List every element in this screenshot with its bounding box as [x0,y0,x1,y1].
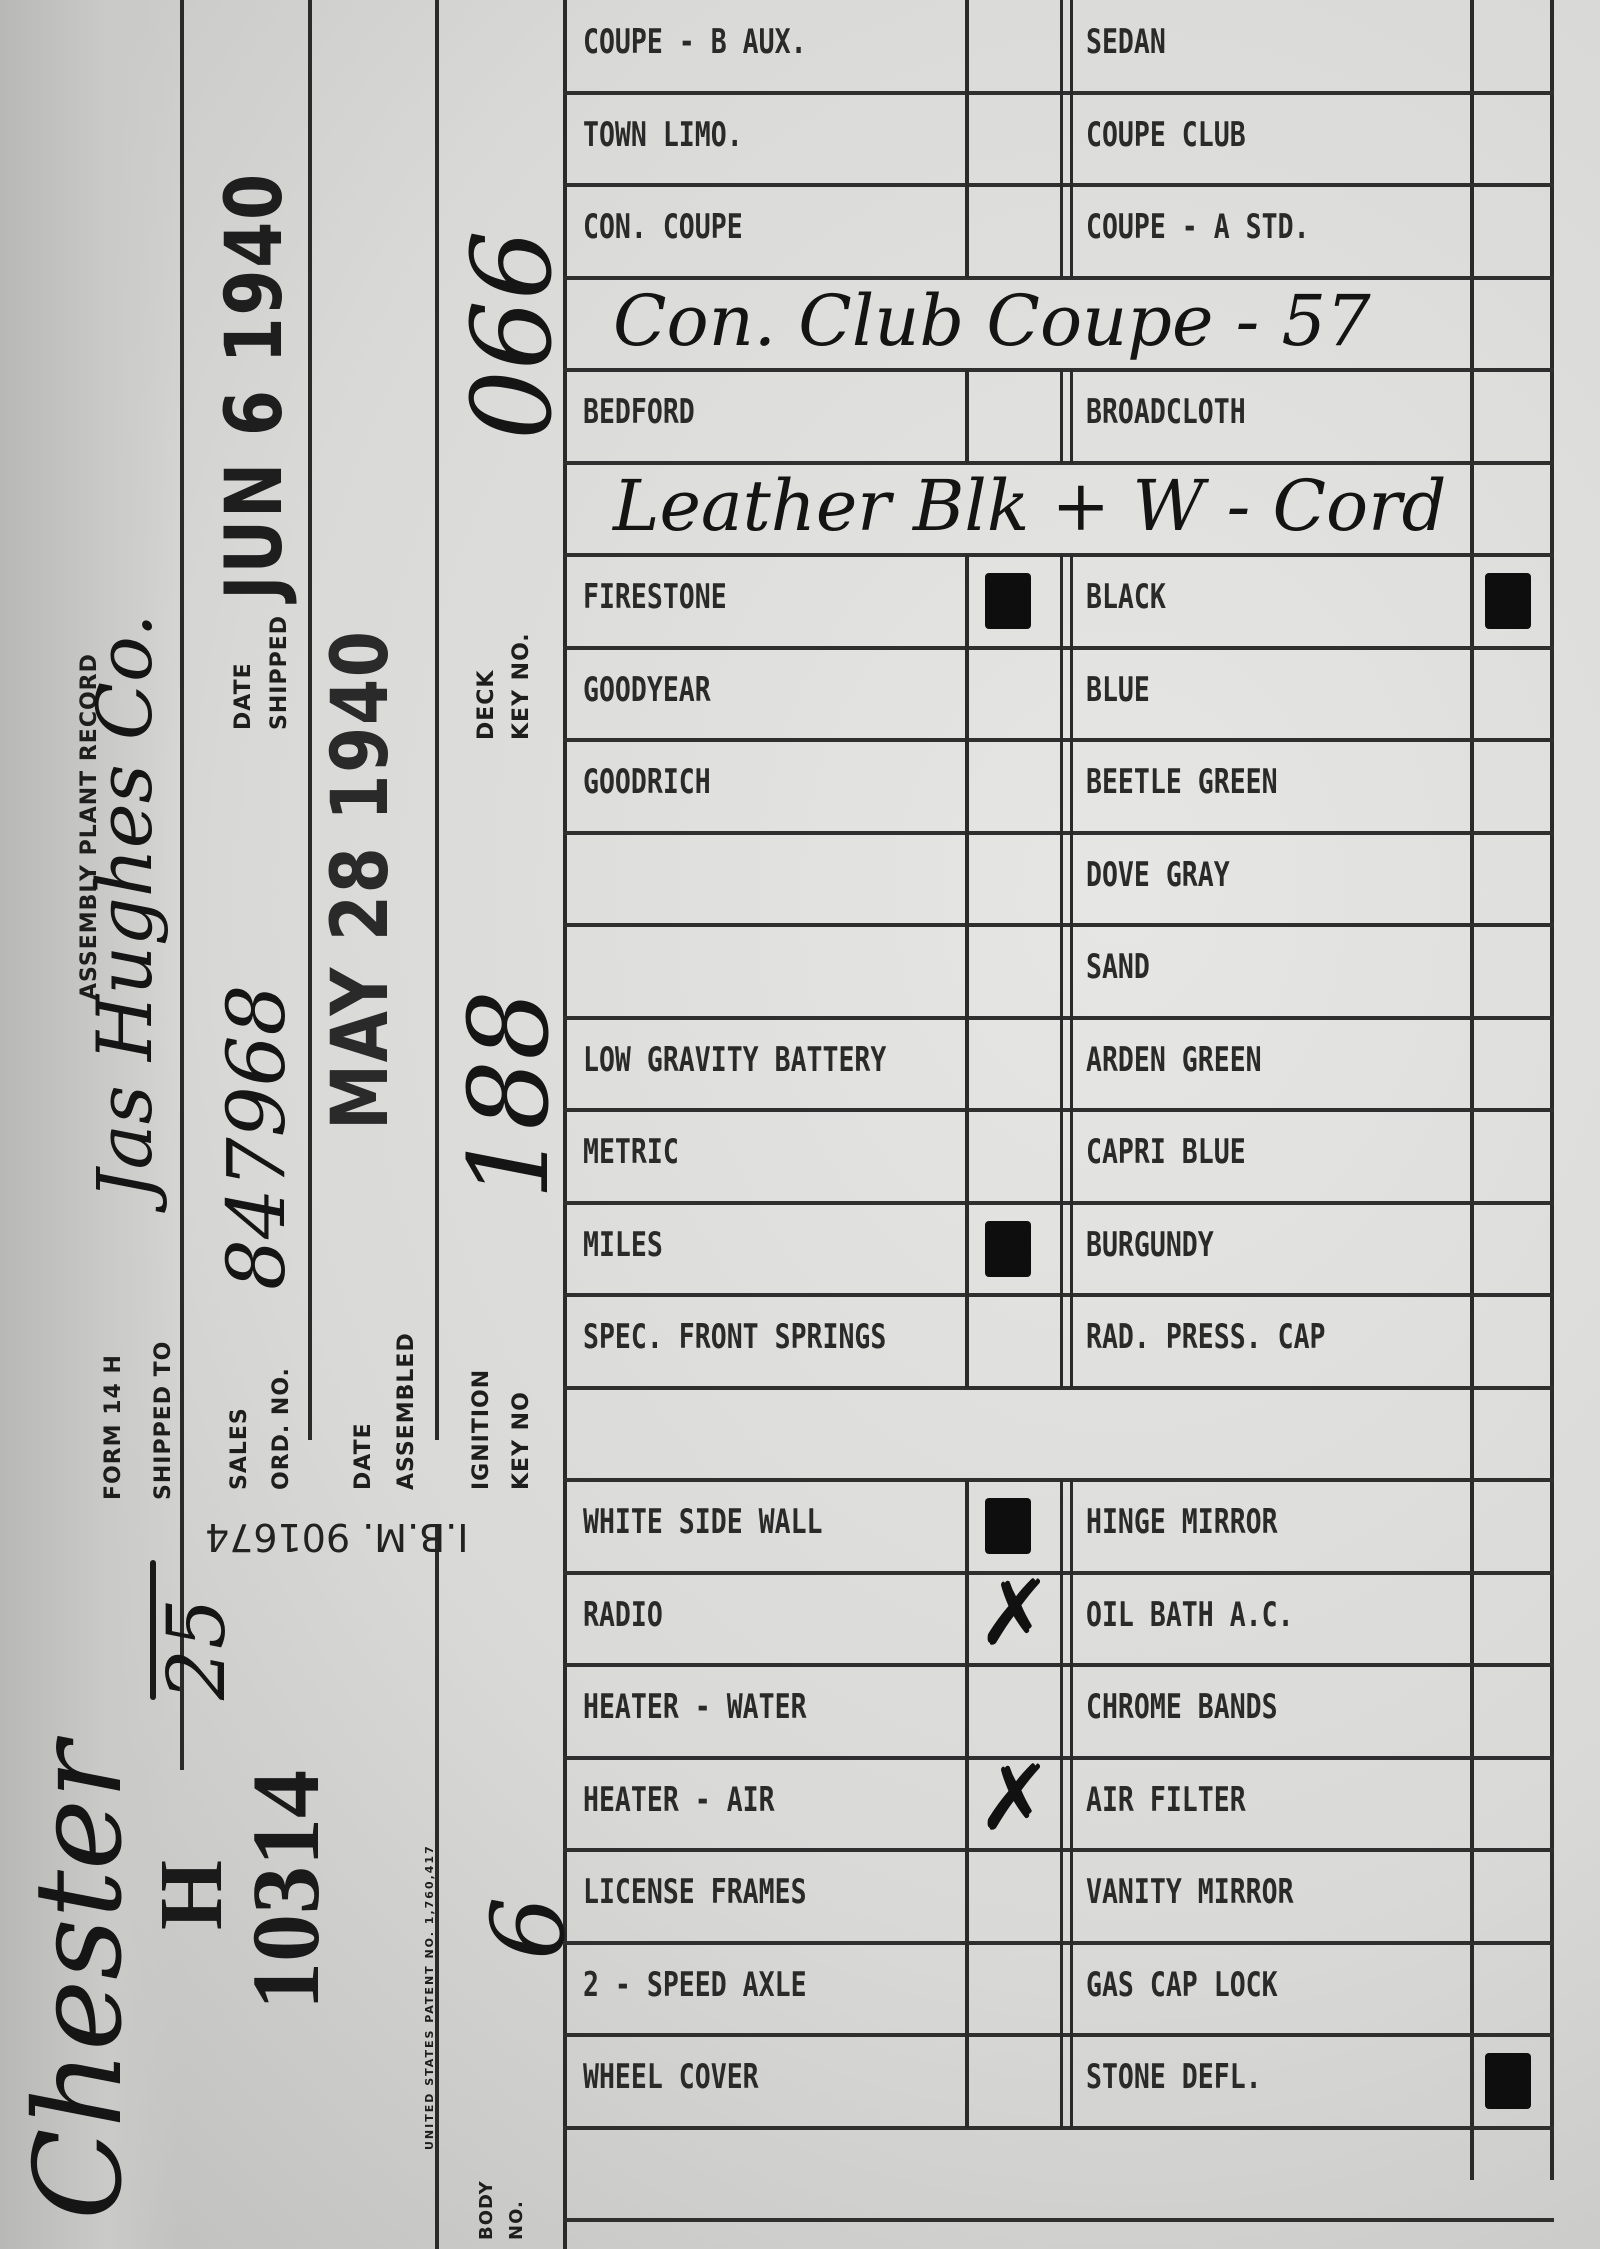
row-divider [563,183,1554,187]
form-number-label: FORM 14 H [102,1354,126,1500]
column-divider-left-mark [965,648,969,741]
column-divider-left-mark [965,2035,969,2128]
column-divider-double-b [1070,1480,1073,1573]
column-divider-double-a [1060,1850,1063,1943]
column-divider-left-mark [965,185,969,278]
row-divider [563,553,1554,557]
option-label-left: WHEEL COVER [583,2057,759,2097]
column-divider-double-a [1060,1758,1063,1851]
option-label-left: HEATER - WATER [583,1687,807,1727]
column-divider-double-b [1070,0,1073,93]
column-divider-double-a [1060,0,1063,93]
column-divider-double-b [1070,740,1073,833]
option-label-right: ARDEN GREEN [1086,1040,1262,1080]
column-divider-double-a [1060,1943,1063,2036]
option-label-right: CHROME BANDS [1086,1687,1278,1727]
column-divider-left-mark [965,1018,969,1111]
option-label-right: SEDAN [1086,22,1166,62]
x-mark-left: ✗ [977,1569,1052,1659]
row-divider [563,1571,1554,1575]
column-divider-left-mark [965,1758,969,1851]
date-assembled-value: MAY 28 1940 [316,629,406,1130]
sales-ord-no-value: 847968 [210,985,303,1290]
column-divider-left-mark [965,740,969,833]
column-divider-left-mark [965,93,969,186]
column-divider-double-a [1060,833,1063,926]
option-label-right: BLUE [1086,670,1150,710]
row-divider [563,91,1554,95]
column-divider-double-a [1060,555,1063,648]
column-divider-left-mark [965,833,969,926]
filled-checkbox-left [985,573,1031,629]
divider-shipped-to [180,0,184,1770]
column-divider-double-a [1060,925,1063,1018]
row-divider [563,2218,1554,2222]
column-divider-double-b [1070,833,1073,926]
row-divider [563,1108,1554,1112]
column-divider-double-a [1060,648,1063,741]
row-divider [563,1663,1554,1667]
option-label-left: RADIO [583,1595,663,1635]
option-label-left: SPEC. FRONT SPRINGS [583,1317,886,1357]
column-divider-double-a [1060,370,1063,463]
date-assembled-label-2: ASSEMBLED [395,1332,419,1490]
assembly-plant-record-card: ASSEMBLY PLANT RECORD FORM 14 H SHIPPED … [0,0,1600,2249]
option-label-right: CAPRI BLUE [1086,1132,1246,1172]
signature: Chester [10,1742,149,2220]
body-no-label-2: NO. [505,2200,529,2240]
deck-key-label-1: DECK [475,670,499,740]
date-assembled-label-1: DATE [352,1422,376,1490]
option-label-left: HEATER - AIR [583,1780,775,1820]
deck-key-label-2: KEY NO. [510,632,534,740]
divider-date-assembled [435,0,439,1440]
option-label-right: VANITY MIRROR [1086,1872,1294,1912]
column-divider-left-mark [965,370,969,463]
column-divider-double-b [1070,93,1073,186]
ignition-label-1: IGNITION [470,1369,494,1490]
serial-prefix: H [140,1860,243,1930]
row-divider [563,1848,1554,1852]
ibm-number: I.B.M. 901674 [205,1515,468,1559]
option-label-left: BEDFORD [583,392,695,432]
column-divider-left-mark [965,1665,969,1758]
column-divider-double-b [1070,1943,1073,2036]
column-divider-double-a [1060,185,1063,278]
filled-checkbox-left [985,1498,1031,1554]
table-right-border [1550,0,1554,2180]
option-label-left: GOODYEAR [583,670,711,710]
filled-checkbox-right [1485,2053,1531,2109]
option-label-right: BLACK [1086,577,1166,617]
shipped-to-value: Jas Hughes Co. [80,613,169,1200]
option-label-left: TOWN LIMO. [583,115,743,155]
column-divider-double-a [1060,93,1063,186]
option-label-left: MILES [583,1225,663,1265]
option-label-left: 2 - SPEED AXLE [583,1965,807,2005]
option-label-right: AIR FILTER [1086,1780,1246,1820]
option-label-left: METRIC [583,1132,679,1172]
ignition-key-value: 188 [445,990,573,1200]
body-no-value: 6 [470,1896,587,1960]
option-label-left: GOODRICH [583,762,711,802]
handwritten-entry: Leather Blk + W - Cord [613,465,1446,547]
row-divider [563,1201,1554,1205]
shipped-to-label: SHIPPED TO [152,1341,176,1500]
column-divider-double-b [1070,185,1073,278]
sales-ord-label-2: ORD. NO. [270,1367,294,1490]
row-divider [563,2033,1554,2037]
column-divider-double-a [1060,740,1063,833]
divider-sales-ord [308,0,312,1440]
row-divider [563,368,1554,372]
column-divider-left-mark [965,1110,969,1203]
row-divider [563,1941,1554,1945]
option-label-right: COUPE - A STD. [1086,207,1310,247]
column-divider-double-b [1070,555,1073,648]
option-label-right: BEETLE GREEN [1086,762,1278,802]
serial-number: 10314 [230,1770,341,2010]
column-divider-left-mark [965,1295,969,1388]
row-divider [563,1293,1554,1297]
row-divider [563,831,1554,835]
column-divider-left-mark [965,1573,969,1666]
option-label-right: COUPE CLUB [1086,115,1246,155]
column-divider-double-a [1060,1573,1063,1666]
row-divider [563,2126,1554,2130]
column-divider-double-b [1070,1665,1073,1758]
ignition-label-2: KEY NO [510,1391,534,1490]
option-label-right: HINGE MIRROR [1086,1502,1278,1542]
body-no-label-1: BODY [475,2180,499,2240]
filled-checkbox-left [985,1221,1031,1277]
column-divider-double-b [1070,370,1073,463]
column-divider-left-mark [965,925,969,1018]
column-divider-left-mark [965,1943,969,2036]
option-label-right: BURGUNDY [1086,1225,1214,1265]
column-divider-double-b [1070,1110,1073,1203]
column-divider-double-a [1060,1665,1063,1758]
column-divider-right-mark [1470,0,1474,2180]
row-divider [563,738,1554,742]
column-divider-double-b [1070,925,1073,1018]
column-divider-double-a [1060,1295,1063,1388]
option-label-left: COUPE - B AUX. [583,22,807,62]
row-divider [563,1756,1554,1760]
column-divider-double-b [1070,2035,1073,2128]
date-shipped-label-2: SHIPPED [268,615,292,730]
row-divider [563,646,1554,650]
column-divider-left-mark [965,1480,969,1573]
column-divider-left-mark [965,555,969,648]
option-label-left: FIRESTONE [583,577,727,617]
date-shipped-label-1: DATE [232,662,256,730]
option-label-right: OIL BATH A.C. [1086,1595,1294,1635]
column-divider-double-a [1060,1480,1063,1573]
column-divider-double-a [1060,2035,1063,2128]
row-divider [563,923,1554,927]
column-divider-double-b [1070,1758,1073,1851]
filled-checkbox-right [1485,573,1531,629]
column-divider-double-b [1070,1203,1073,1296]
column-divider-double-b [1070,1573,1073,1666]
column-divider-double-b [1070,1850,1073,1943]
x-mark-left: ✗ [977,1754,1052,1844]
option-label-left: LICENSE FRAMES [583,1872,807,1912]
option-label-left: LOW GRAVITY BATTERY [583,1040,886,1080]
patent-text: UNITED STATES PATENT NO. 1,760,417 [418,1844,442,2150]
ink-stroke [150,1560,156,1700]
handwritten-25: 25 [150,1598,243,1700]
option-label-left: CON. COUPE [583,207,743,247]
column-divider-double-b [1070,648,1073,741]
column-divider-double-a [1060,1110,1063,1203]
row-divider [563,1016,1554,1020]
option-label-right: RAD. PRESS. CAP [1086,1317,1325,1357]
deck-key-value: 066 [448,230,576,440]
row-divider [563,1478,1554,1482]
column-divider-double-b [1070,1295,1073,1388]
option-label-right: DOVE GRAY [1086,855,1230,895]
sales-ord-label-1: SALES [228,1407,252,1490]
option-label-right: BROADCLOTH [1086,392,1246,432]
option-label-left: WHITE SIDE WALL [583,1502,822,1542]
column-divider-left-mark [965,1850,969,1943]
handwritten-entry: Con. Club Coupe - 57 [613,280,1371,362]
column-divider-left-mark [965,1203,969,1296]
column-divider-double-b [1070,1018,1073,1111]
column-divider-double-a [1060,1203,1063,1296]
column-divider-double-a [1060,1018,1063,1111]
option-label-right: SAND [1086,947,1150,987]
option-label-right: GAS CAP LOCK [1086,1965,1278,2005]
option-label-right: STONE DEFL. [1086,2057,1262,2097]
row-divider [563,1386,1554,1390]
column-divider-left-mark [965,0,969,93]
date-shipped-value: JUN 6 1940 [210,172,300,600]
